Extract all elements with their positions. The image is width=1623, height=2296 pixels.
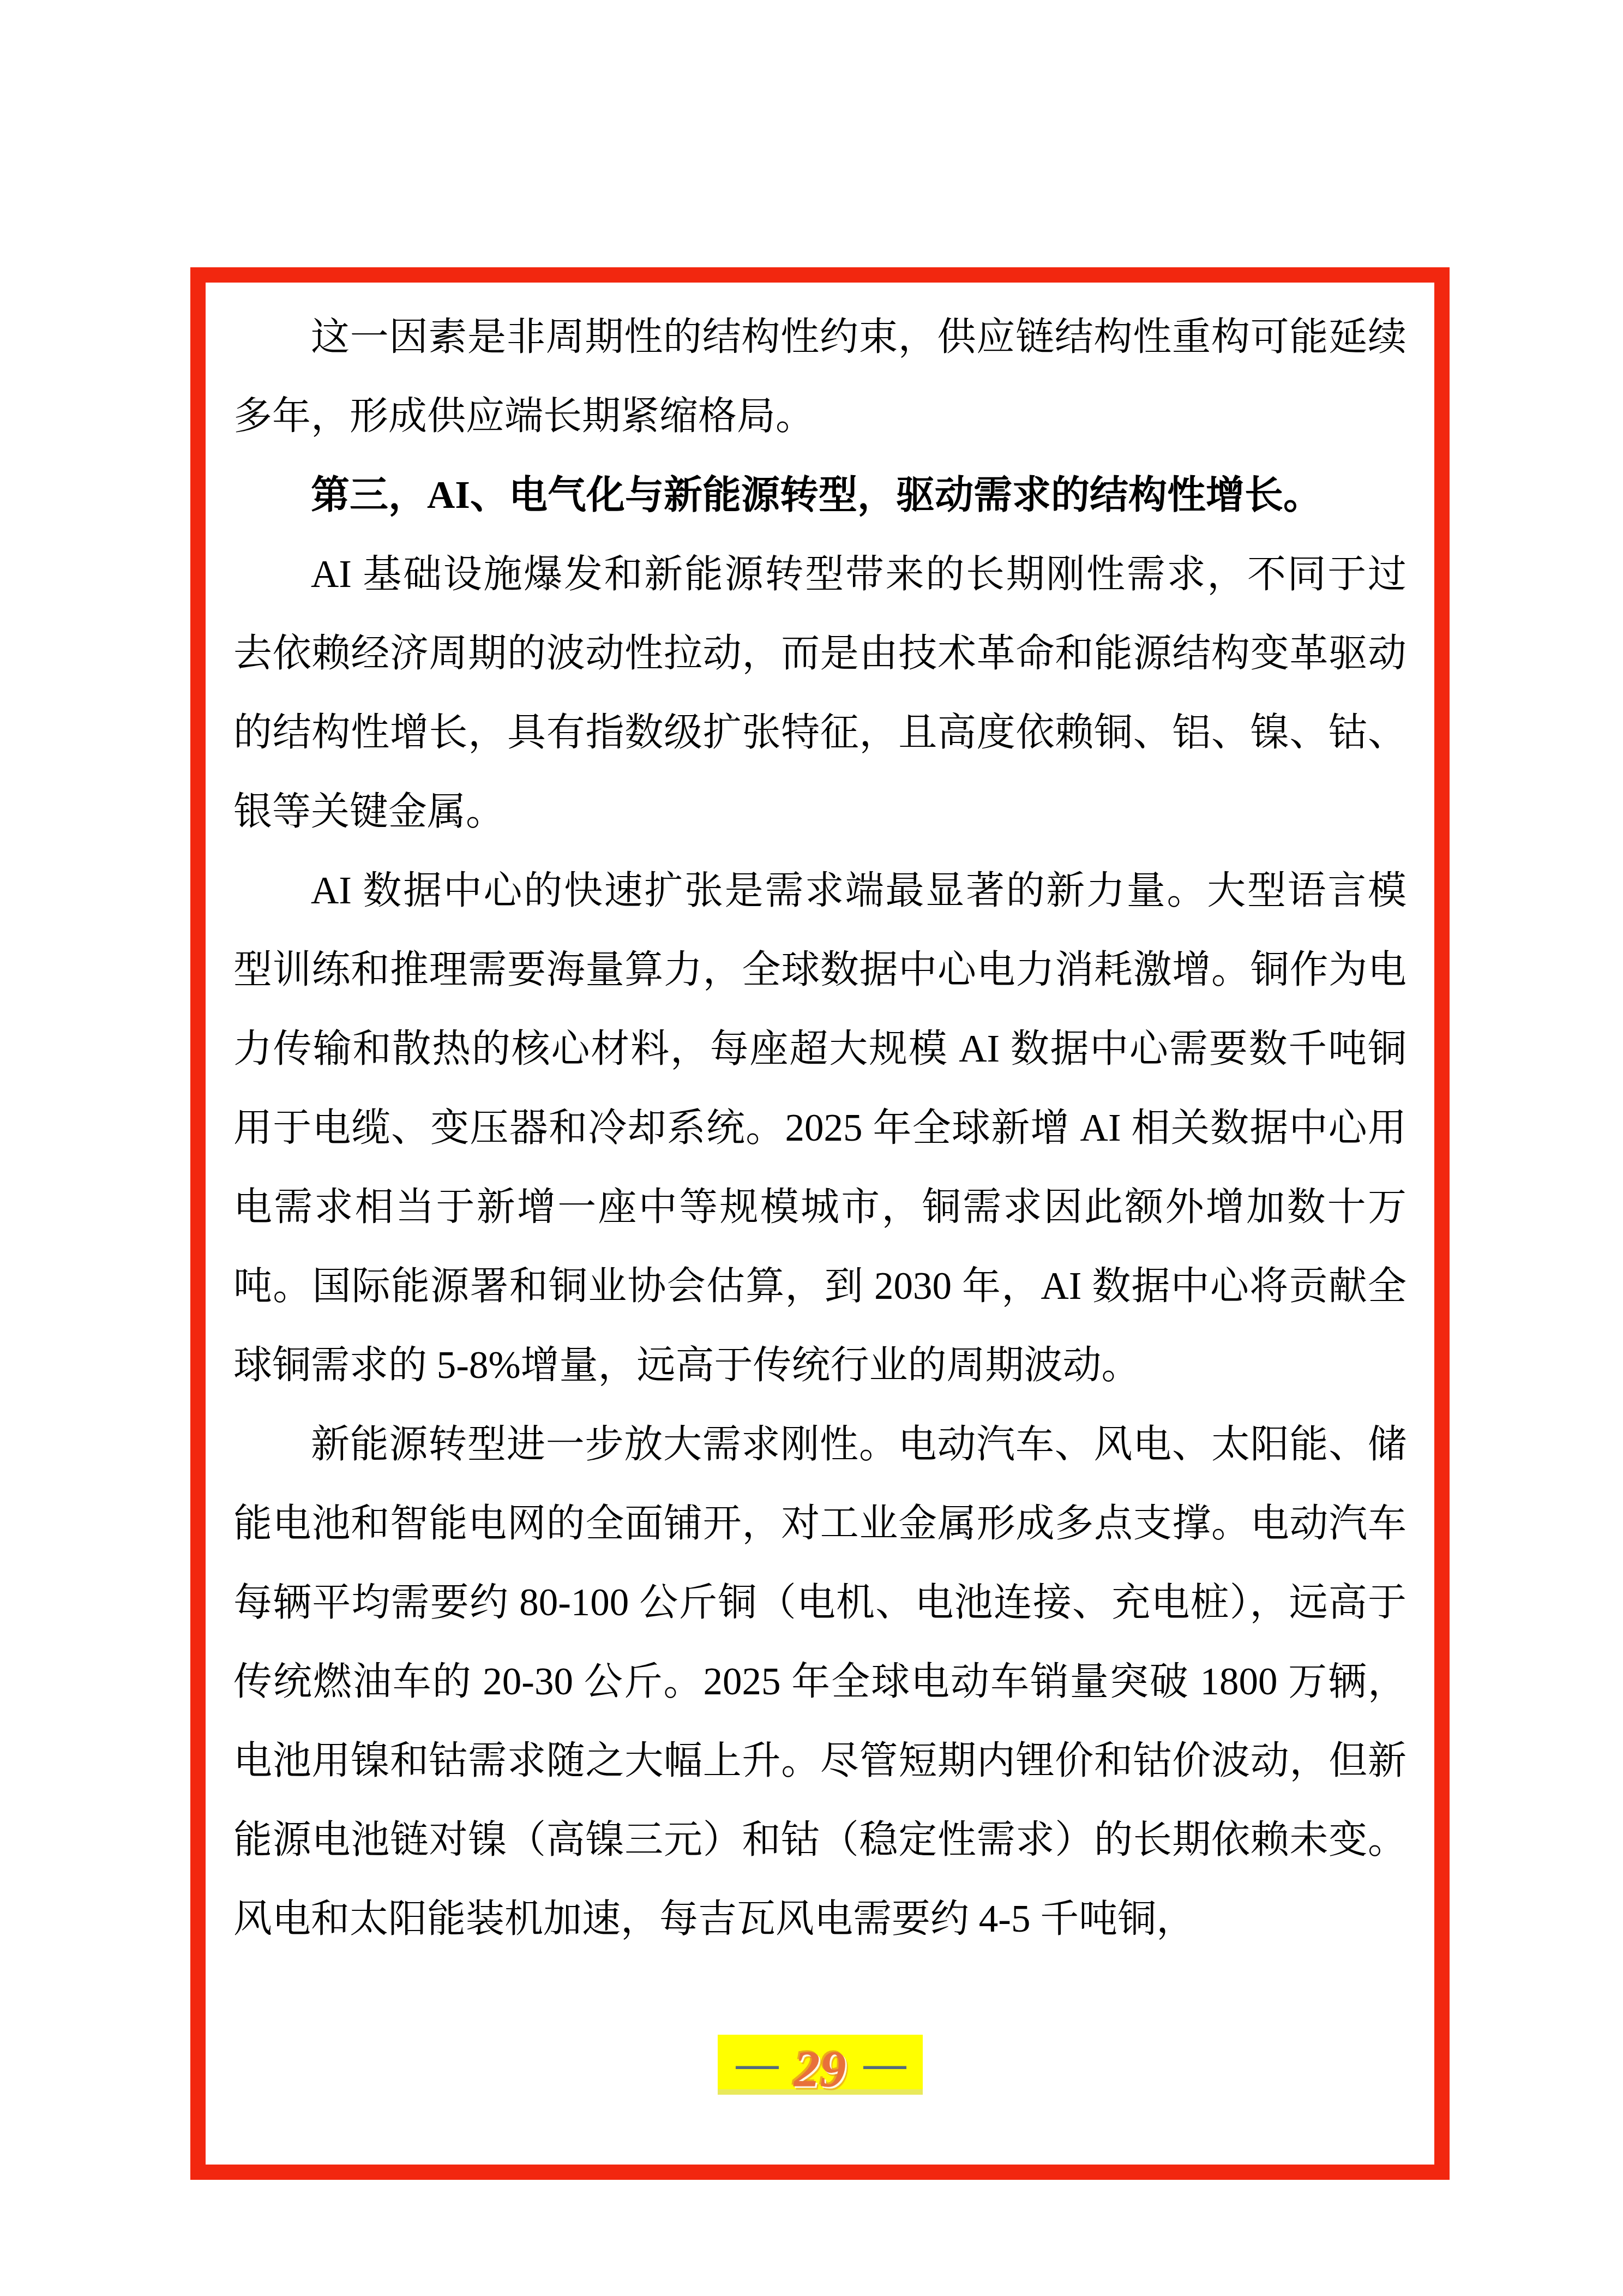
paragraph-heading-third-point: 第三，AI、电气化与新能源转型，驱动需求的结构性增长。 <box>233 456 1406 535</box>
footer-dash-right: — <box>864 2038 904 2089</box>
paragraph-ai-infrastructure: AI 基础设施爆发和新能源转型带来的长期刚性需求，不同于过去依赖经济周期的波动性… <box>233 535 1406 852</box>
red-border-frame: 这一因素是非周期性的结构性约束，供应链结构性重构可能延续多年，形成供应端长期紧缩… <box>190 267 1450 2180</box>
paragraph-new-energy-transition: 新能源转型进一步放大需求刚性。电动汽车、风电、太阳能、储能电池和智能电网的全面铺… <box>233 1405 1406 1959</box>
page-number: 29 <box>794 2043 846 2095</box>
footer-dash-left: — <box>736 2038 777 2089</box>
page-number-badge: — 29 — <box>718 2035 923 2095</box>
body-text: 这一因素是非周期性的结构性约束，供应链结构性重构可能延续多年，形成供应端长期紧缩… <box>233 298 1406 1959</box>
document-page: 这一因素是非周期性的结构性约束，供应链结构性重构可能延续多年，形成供应端长期紧缩… <box>0 0 1623 2296</box>
page-footer: — 29 — <box>206 2035 1434 2095</box>
paragraph-supply-constraint: 这一因素是非周期性的结构性约束，供应链结构性重构可能延续多年，形成供应端长期紧缩… <box>233 298 1406 456</box>
paragraph-ai-datacenter-copper: AI 数据中心的快速扩张是需求端最显著的新力量。大型语言模型训练和推理需要海量算… <box>233 852 1406 1405</box>
